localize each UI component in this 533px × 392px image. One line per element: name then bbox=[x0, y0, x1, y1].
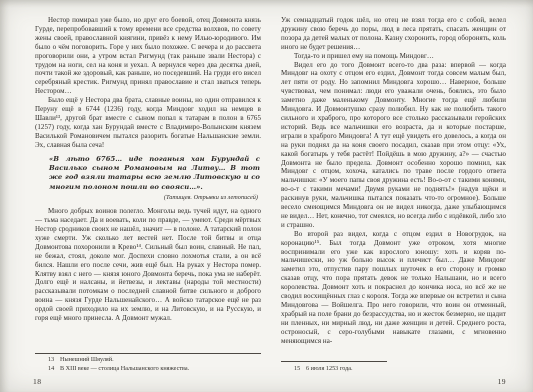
left-page-text: Нестор помирал уже было, но друг его бое… bbox=[35, 16, 261, 350]
footnote: 13Нынешний Шяуляй. bbox=[35, 356, 261, 364]
paragraph: Во второй раз видел, когда с отцом ездил… bbox=[281, 230, 506, 346]
right-footnotes: 156 июля 1253 года. bbox=[281, 361, 506, 373]
book-spread: Нестор помирал уже было, но друг его бое… bbox=[0, 0, 533, 392]
left-footnotes: 13Нынешний Шяуляй. 14В XIII веке — столи… bbox=[35, 353, 261, 373]
footnote-number: 14 bbox=[48, 365, 60, 373]
footnote: 156 июля 1253 года. bbox=[281, 365, 506, 373]
footnote-text: 6 июля 1253 года. bbox=[306, 365, 353, 372]
footnote-rule bbox=[35, 353, 261, 354]
right-page-text: Уж семнадцатый годок шёл, но отец не взя… bbox=[281, 16, 506, 350]
paragraph: Было ещё у Нестора два брата, славные во… bbox=[35, 96, 261, 149]
paragraph: Нестор помирал уже было, но друг его бое… bbox=[35, 16, 261, 96]
page-number: 18 bbox=[33, 377, 41, 386]
left-page: Нестор помирал уже было, но друг его бое… bbox=[35, 16, 261, 392]
footnote-text: В XIII веке — столица Нальшанского княже… bbox=[60, 365, 189, 372]
page-number: 19 bbox=[498, 377, 506, 386]
paragraph: Тогда-то и пришел ему на помощь Миндовг… bbox=[281, 52, 506, 61]
right-page: Уж семнадцатый годок шёл, но отец не взя… bbox=[281, 16, 506, 392]
footnote-text: Нынешний Шяуляй. bbox=[60, 356, 114, 363]
paragraph: Много добрых воинов полегло. Монголы вед… bbox=[35, 207, 261, 323]
paragraph: Уж семнадцатый годок шёл, но отец не взя… bbox=[281, 16, 506, 52]
footnote-rule bbox=[281, 361, 387, 362]
chronicle-quote: «В лѣто 6765… иде поганыя хан Бурундай с… bbox=[49, 155, 260, 193]
footnote: 14В XIII веке — столица Нальшанского кня… bbox=[35, 365, 261, 373]
footnote-number: 15 bbox=[294, 365, 306, 373]
quote-attribution: (Татищев. Отрывки из летописей) bbox=[35, 194, 258, 202]
footnote-number: 13 bbox=[48, 356, 60, 364]
paragraph: Видел его до того Довмонт всего-то два р… bbox=[281, 61, 506, 230]
